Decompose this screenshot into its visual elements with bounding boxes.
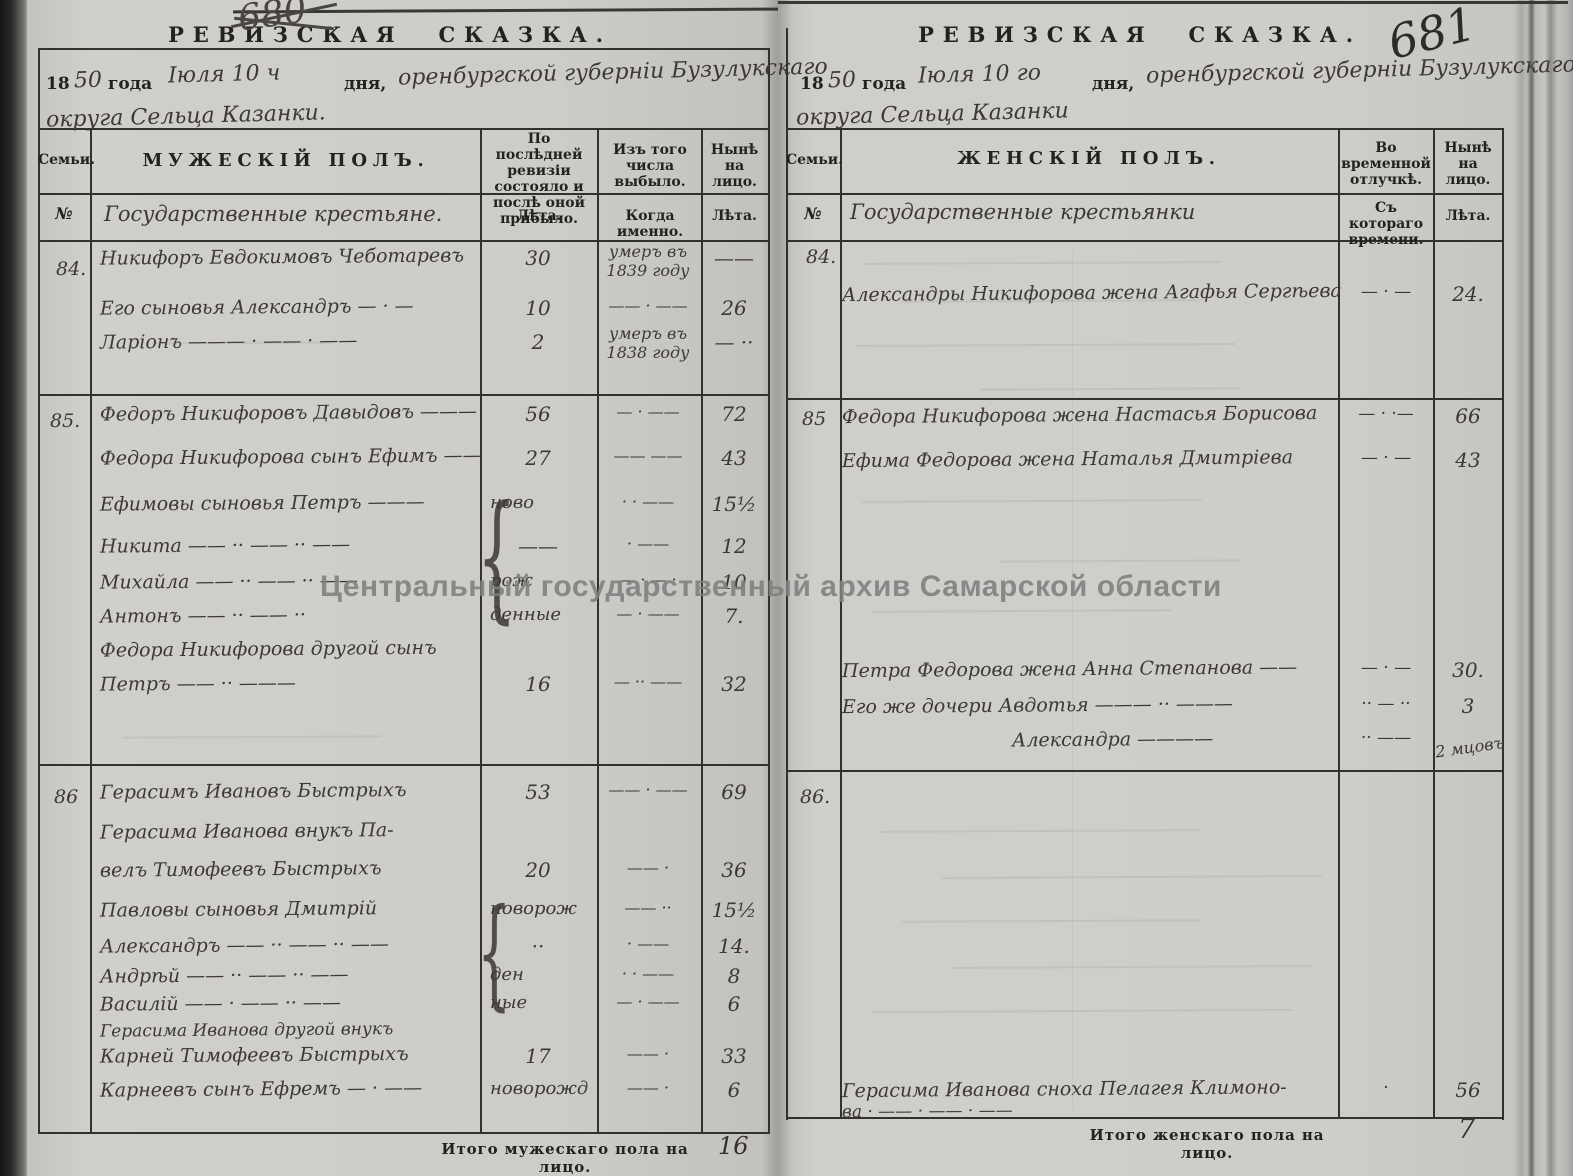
absence-note: — · — (1340, 448, 1432, 468)
column-header-temporary-absence: Во временной отлучкѣ. (1340, 140, 1432, 188)
age-now: 3 (1435, 694, 1501, 718)
person-name: Карней Тимофеевъ Быстрыхъ (100, 1042, 480, 1067)
table-line (38, 48, 770, 50)
age-now: — ·· (701, 330, 767, 354)
subheader-years: Лѣта. (483, 208, 595, 224)
family-number: 84. (806, 246, 836, 268)
date-printed-prefix: 18 (800, 74, 824, 94)
departure-note: умеръ въ 1839 году (600, 242, 696, 280)
person-name: Василій —— · —— ·· —— (100, 990, 480, 1015)
subheader-since-when: Съ котораго времени. (1340, 200, 1432, 248)
age-now: 43 (1435, 448, 1501, 472)
person-name: Антонъ —— ·· —— ·· (100, 602, 480, 627)
age-now: 30. (1435, 658, 1501, 682)
age-last-revision: 20 (482, 858, 594, 882)
subheader-years: Лѣта. (1435, 208, 1501, 224)
table-row: Ефима Федорова жена Наталья Дмитріева — … (0, 448, 1573, 484)
person-name: ва · —— · —— · —— (842, 1098, 1342, 1122)
age-now: 15½ (701, 492, 767, 516)
subheader-number: № (38, 206, 90, 222)
table-row: Александра ———— ·· —— 2 мцовъ (0, 728, 1573, 764)
person-name: Герасима Иванова внукъ Па- (100, 818, 480, 843)
departure-note: —— · (600, 858, 696, 877)
page-title: РЕВИЗСКАЯ СКАЗКА. (150, 22, 630, 47)
person-name: Герасимъ Ивановъ Быстрыхъ (100, 778, 480, 803)
person-name: Павловы сыновья Дмитрій (100, 896, 480, 921)
age-last-revision: —— (482, 534, 594, 558)
male-total-value: 16 (718, 1132, 749, 1160)
departure-note: —— ·· (600, 898, 696, 917)
age-last-revision: ·· (482, 934, 594, 958)
family-number: 86. (800, 786, 830, 808)
person-name: Герасима Иванова другой внукъ (100, 1018, 480, 1041)
date-year-handwritten: 50 (828, 68, 857, 94)
departure-note: · · —— (600, 964, 696, 983)
date-year-handwritten: 50 (74, 68, 103, 94)
table-line (38, 193, 770, 195)
person-name: Никита —— ·· —— ·· —— (100, 532, 480, 557)
male-total-label: Итого мужескаго пола на лицо. (420, 1140, 710, 1176)
table-line (786, 128, 1502, 130)
date-printed-prefix: 18 (46, 74, 70, 94)
column-header-family: Семьи. (786, 152, 840, 168)
family-separator-line (38, 764, 770, 766)
column-header-family: Семьи. (38, 152, 90, 168)
absence-note: ·· —— (1340, 728, 1432, 748)
absence-note: — · — (1340, 658, 1432, 678)
social-class-handwritten: Государственные крестьянки (850, 200, 1195, 224)
table-row: Его же дочери Авдотья ——— ·· ——— ·· — ··… (0, 694, 1573, 730)
departure-note: · —— (600, 534, 696, 553)
age-now: 8 (701, 964, 767, 988)
newborn-note: денные (482, 604, 602, 625)
table-line (840, 128, 842, 1119)
departure-note: — · —— (600, 992, 696, 1011)
departure-note: —— · —— (600, 780, 696, 799)
newborn-note: ден (482, 964, 602, 985)
date-day-word: дня, (1092, 74, 1134, 94)
person-name: Ефима Федорова жена Наталья Дмитріева (842, 446, 1342, 472)
person-name: Его же дочери Авдотья ——— ·· ——— (842, 692, 1342, 718)
table-line (1502, 128, 1504, 1120)
person-name: Федора Никифорова жена Настасья Борисова (842, 402, 1342, 428)
age-now: 14. (701, 934, 767, 958)
table-row: Александры Никифорова жена Агафья Сергѣе… (0, 282, 1573, 318)
family-separator-line (786, 398, 1502, 400)
revision-list-scan: 680 681 РЕВИЗСКАЯ СКАЗКА. 18 50 года Іюл… (0, 0, 1573, 1176)
table-line (786, 193, 1502, 195)
person-name: Никифоръ Евдокимовъ Чеботаревъ (100, 244, 480, 269)
female-total-label: Итого женскаго пола на лицо. (1072, 1126, 1342, 1162)
column-header-female-sex: ЖЕНСКІЙ ПОЛЪ. (840, 148, 1338, 169)
age-now: 15½ (701, 898, 767, 922)
departure-note: · · —— (600, 492, 696, 511)
absence-note: · (1340, 1078, 1432, 1098)
person-name: велъ Тимофеевъ Быстрыхъ (100, 856, 480, 881)
table-line (1433, 128, 1435, 1119)
table-line (1338, 128, 1340, 1119)
column-header-departed: Изъ того числа выбыло. (600, 142, 700, 190)
age-now: 36 (701, 858, 767, 882)
person-name: Александръ —— ·· —— ·· —— (100, 932, 480, 957)
age-last-revision: 30 (482, 246, 594, 270)
newborn-note: ново (482, 492, 602, 513)
subheader-years: Лѣта. (702, 208, 767, 224)
date-day-word: дня, (344, 74, 386, 94)
absence-note: — · ·— (1340, 404, 1432, 424)
bleed-through-crease (1072, 250, 1073, 1110)
subheader-number: № (786, 206, 840, 222)
column-header-present: Нынѣ на лицо. (702, 142, 767, 190)
departure-note: · —— (600, 934, 696, 953)
person-name: Андрѣй —— ·· —— ·· —— (100, 962, 480, 987)
newborn-note: новорож (482, 898, 602, 919)
age-now: 24. (1435, 282, 1501, 306)
column-header-male-sex: МУЖЕСКІЙ ПОЛЪ. (92, 150, 480, 171)
age-last-revision: 2 (482, 330, 594, 354)
age-now: 66 (1435, 404, 1501, 428)
age-now: 7. (701, 604, 767, 628)
absence-note: ·· — ·· (1340, 694, 1432, 714)
table-row: Петра Федорова жена Анна Степанова —— — … (0, 658, 1573, 694)
date-year-word: года (862, 74, 906, 94)
age-last-revision: 53 (482, 780, 594, 804)
departure-note: — · —— (600, 604, 696, 623)
page-title: РЕВИЗСКАЯ СКАЗКА. (900, 22, 1380, 47)
age-now: 56 (1435, 1078, 1501, 1102)
age-now: 12 (701, 534, 767, 558)
family-separator-line (786, 770, 1502, 772)
social-class-handwritten: Государственные крестьяне. (104, 202, 442, 226)
newborn-note: ные (482, 992, 602, 1013)
age-now: 6 (701, 992, 767, 1016)
date-month-handwritten: Іюля 10 го (918, 60, 1042, 88)
table-row: Федора Никифорова жена Настасья Борисова… (0, 404, 1573, 440)
column-header-present: Нынѣ на лицо. (1435, 140, 1501, 188)
departure-note: —— · (600, 1044, 696, 1063)
age-last-revision: 17 (482, 1044, 594, 1068)
departure-note: умеръ въ 1838 году (600, 324, 696, 362)
person-name: Петра Федорова жена Анна Степанова —— (842, 656, 1342, 682)
family-separator-line (38, 394, 770, 396)
age-now: 69 (701, 780, 767, 804)
age-now: 33 (701, 1044, 767, 1068)
person-name: Ефимовы сыновья Петръ ——— (100, 490, 480, 515)
female-total-value: 7 (1458, 1114, 1475, 1145)
archive-watermark: Центральный государственный архив Самарс… (320, 570, 1220, 604)
date-month-handwritten: Іюля 10 ч (168, 61, 281, 89)
subheader-when-exactly: Когда именно. (600, 208, 700, 240)
absence-note: — · — (1340, 282, 1432, 302)
age-now: —— (701, 246, 767, 270)
date-year-word: года (108, 74, 152, 94)
